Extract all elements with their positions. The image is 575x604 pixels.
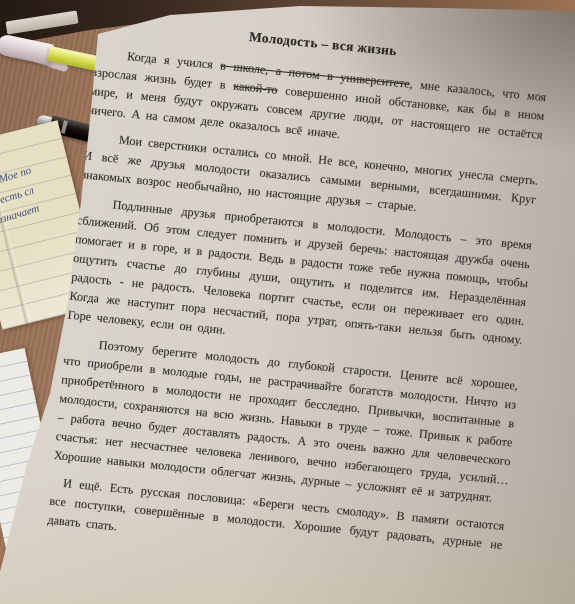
struck-text: какой-то [233, 79, 279, 97]
essay-text: Молодость – вся жизнь Когда я учился в ш… [46, 6, 551, 582]
note-handwriting-line: Мое по [0, 166, 33, 186]
note-handwriting-line: есть сл [0, 185, 35, 206]
note-handwriting-line: означает [0, 203, 41, 226]
photo-scene: ые Мое по есть сл означает Молодость – в… [0, 0, 575, 604]
essay-body: Когда я учился в школе, а потом в универ… [47, 44, 547, 574]
